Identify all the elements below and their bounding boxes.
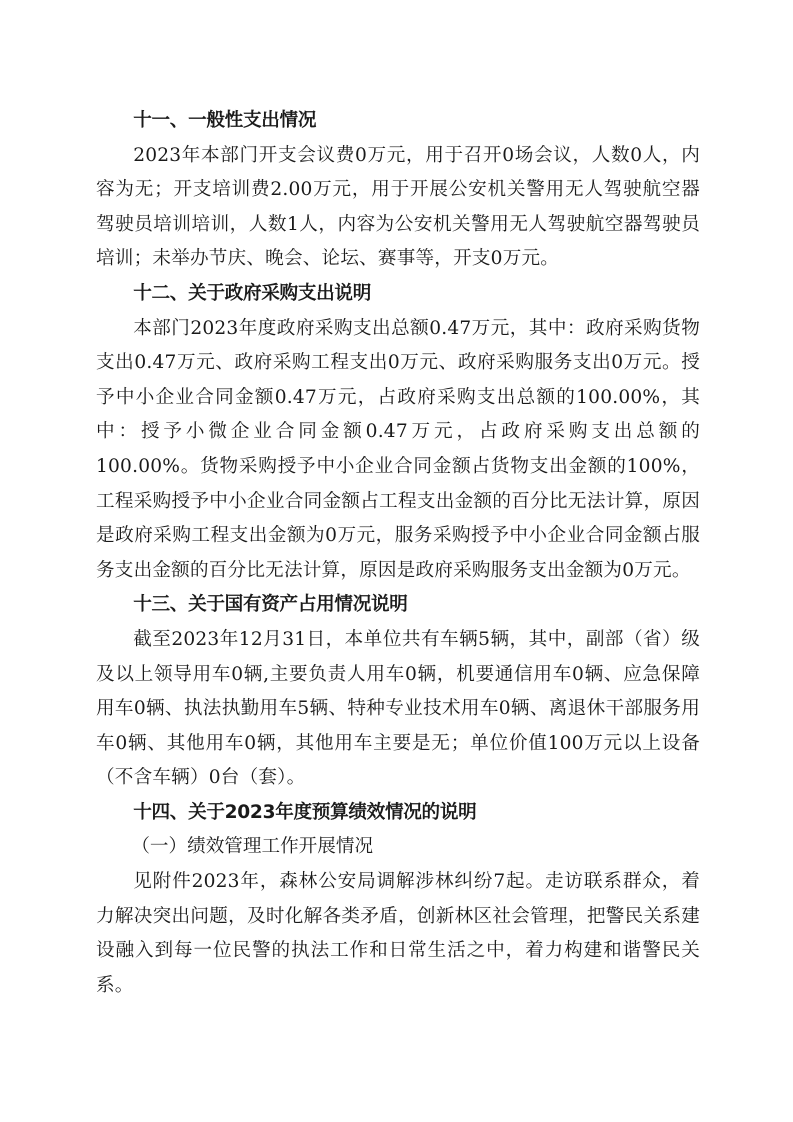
paragraph-performance: 见附件2023年，森林公安局调解涉林纠纷7起。走访联系群众，着力解决突出问题，及… xyxy=(96,865,700,1003)
document-page: 十一、一般性支出情况 2023年本部门开支会议费0万元，用于召开0场会议，人数0… xyxy=(96,104,700,1003)
paragraph-procurement: 本部门2023年度政府采购支出总额0.47万元，其中：政府采购货物支出0.47万… xyxy=(96,312,700,589)
section-heading-procurement: 十二、关于政府采购支出说明 xyxy=(96,277,700,312)
section-heading-state-assets: 十三、关于国有资产占用情况说明 xyxy=(96,588,700,623)
section-heading-performance: 十四、关于2023年度预算绩效情况的说明 xyxy=(96,796,700,831)
paragraph-general-expenditure: 2023年本部门开支会议费0万元，用于召开0场会议，人数0人，内容为无；开支培训… xyxy=(96,139,700,277)
paragraph-state-assets: 截至2023年12月31日，本单位共有车辆5辆，其中，副部（省）级及以上领导用车… xyxy=(96,623,700,796)
section-heading-general-expenditure: 十一、一般性支出情况 xyxy=(96,104,700,139)
subheading-performance-management: （一）绩效管理工作开展情况 xyxy=(96,830,700,865)
